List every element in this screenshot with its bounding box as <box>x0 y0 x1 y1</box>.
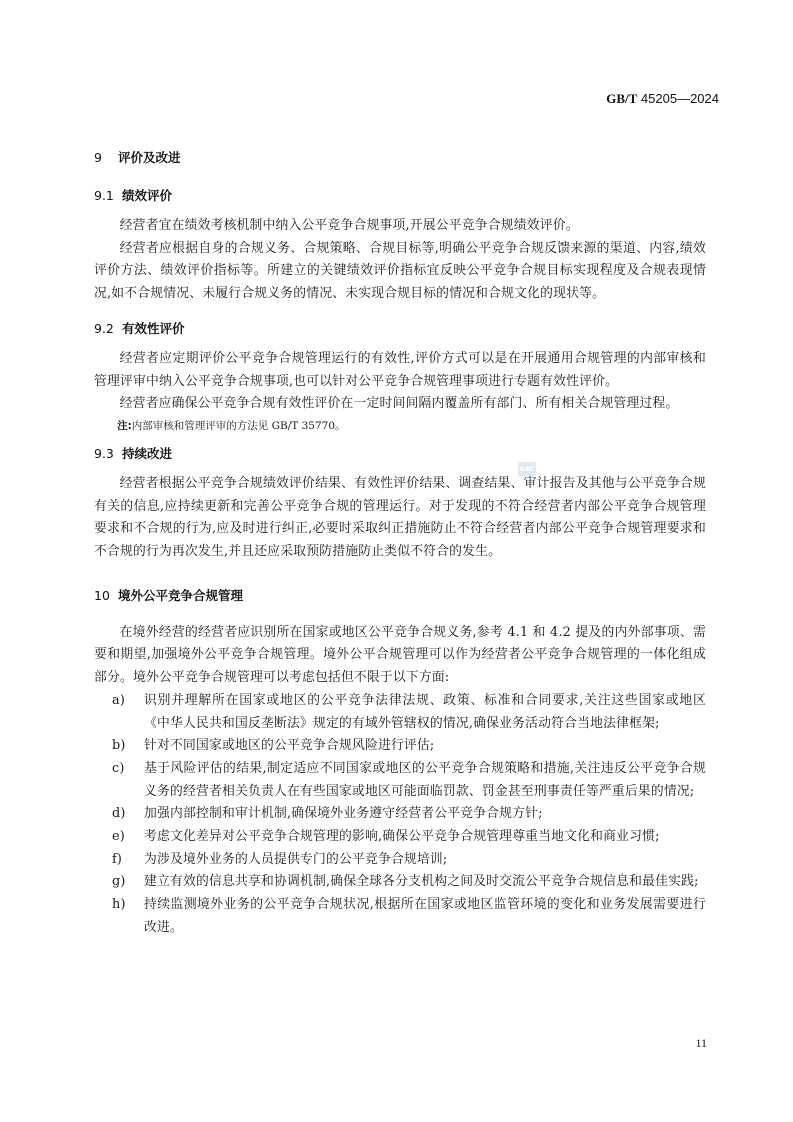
paragraph: 经营者应根据自身的合规义务、合规策略、合规目标等,明确公平竞争合规反馈来源的渠道… <box>94 238 706 306</box>
list-item: c)基于风险评估的结果,制定适应不同国家或地区的公平竞争合规策略和措施,关注违反… <box>94 758 706 803</box>
list-marker: h) <box>112 894 126 917</box>
standard-number-header: GB/T 45205—2024 <box>606 91 719 107</box>
list-item-text: 针对不同国家或地区的公平竞争合规风险进行评估; <box>144 738 434 753</box>
section-9-3-heading: 9.3持续改进 <box>94 444 706 464</box>
section-title: 评价及改进 <box>118 150 181 165</box>
list-marker: f) <box>112 849 122 872</box>
standard-number: 45205—2024 <box>637 91 719 106</box>
list-item-text: 为涉及境外业务的人员提供专门的公平竞争合规培训; <box>144 852 447 867</box>
section-number: 9.2 <box>94 319 122 339</box>
list-marker: a) <box>112 690 125 713</box>
list-item-text: 识别并理解所在国家或地区的公平竞争法律法规、政策、标准和合同要求,关注这些国家或… <box>144 693 706 731</box>
list-item-text: 建立有效的信息共享和协调机制,确保全球各分支机构之间及时交流公平竞争合规信息和最… <box>144 874 699 889</box>
list-marker: g) <box>112 871 126 894</box>
standard-prefix: GB/T <box>606 91 637 106</box>
section-10-heading: 10境外公平竞争合规管理 <box>94 586 706 606</box>
section-title: 绩效评价 <box>122 188 172 203</box>
list-item: b)针对不同国家或地区的公平竞争合规风险进行评估; <box>94 735 706 758</box>
section-9-heading: 9评价及改进 <box>94 148 706 168</box>
list-item: g)建立有效的信息共享和协调机制,确保全球各分支机构之间及时交流公平竞争合规信息… <box>94 871 706 894</box>
list-marker: d) <box>112 803 126 826</box>
list-item: e)考虑文化差异对公平竞争合规管理的影响,确保公平竞争合规管理尊重当地文化和商业… <box>94 826 706 849</box>
paragraph: 在境外经营的经营者应识别所在国家或地区公平竞争合规义务,参考 4.1 和 4.2… <box>94 622 706 690</box>
list-item-text: 考虑文化差异对公平竞争合规管理的影响,确保公平竞争合规管理尊重当地文化和商业习惯… <box>144 829 660 844</box>
list-item: h)持续监测境外业务的公平竞争合规状况,根据所在国家或地区监管环境的变化和业务发… <box>94 894 706 939</box>
note-label: 注: <box>117 420 132 432</box>
page-number: 11 <box>695 1036 707 1051</box>
list-marker: b) <box>112 735 126 758</box>
section-title: 持续改进 <box>122 446 172 461</box>
paragraph: 经营者宜在绩效考核机制中纳入公平竞争合规事项,开展公平竞争合规绩效评价。 <box>94 215 706 238</box>
list-marker: e) <box>112 826 125 849</box>
requirements-list: a)识别并理解所在国家或地区的公平竞争法律法规、政策、标准和合同要求,关注这些国… <box>94 690 706 940</box>
list-item: f)为涉及境外业务的人员提供专门的公平竞争合规培训; <box>94 849 706 872</box>
list-item: d)加强内部控制和审计机制,确保境外业务遵守经营者公平竞争合规方针; <box>94 803 706 826</box>
note-text: 内部审核和管理评审的方法见 GB/T 35770。 <box>132 420 346 432</box>
section-9-1-heading: 9.1绩效评价 <box>94 186 706 206</box>
section-9-2-heading: 9.2有效性评价 <box>94 319 706 339</box>
paragraph: 经营者根据公平竞争合规绩效评价结果、有效性评价结果、调查结果、审计报告及其他与公… <box>94 473 706 564</box>
list-item-text: 基于风险评估的结果,制定适应不同国家或地区的公平竞争合规策略和措施,关注违反公平… <box>144 761 706 799</box>
list-item: a)识别并理解所在国家或地区的公平竞争法律法规、政策、标准和合同要求,关注这些国… <box>94 690 706 735</box>
section-number: 10 <box>94 586 118 606</box>
section-number: 9.1 <box>94 186 122 206</box>
note: 注:内部审核和管理评审的方法见 GB/T 35770。 <box>94 416 706 436</box>
section-title: 有效性评价 <box>122 321 185 336</box>
section-number: 9.3 <box>94 444 122 464</box>
document-page: GB/T 45205—2024 SAC 9评价及改进 9.1绩效评价 经营者宜在… <box>0 0 793 1122</box>
paragraph: 经营者应确保公平竞争合规有效性评价在一定时间间隔内覆盖所有部门、所有相关合规管理… <box>94 393 706 416</box>
list-item-text: 持续监测境外业务的公平竞争合规状况,根据所在国家或地区监管环境的变化和业务发展需… <box>144 897 706 935</box>
section-number: 9 <box>94 148 118 168</box>
list-marker: c) <box>112 758 125 781</box>
page-content: 9评价及改进 9.1绩效评价 经营者宜在绩效考核机制中纳入公平竞争合规事项,开展… <box>94 148 706 940</box>
paragraph: 经营者应定期评价公平竞争合规管理运行的有效性,评价方式可以是在开展通用合规管理的… <box>94 348 706 393</box>
list-item-text: 加强内部控制和审计机制,确保境外业务遵守经营者公平竞争合规方针; <box>144 806 543 821</box>
section-title: 境外公平竞争合规管理 <box>118 588 243 603</box>
